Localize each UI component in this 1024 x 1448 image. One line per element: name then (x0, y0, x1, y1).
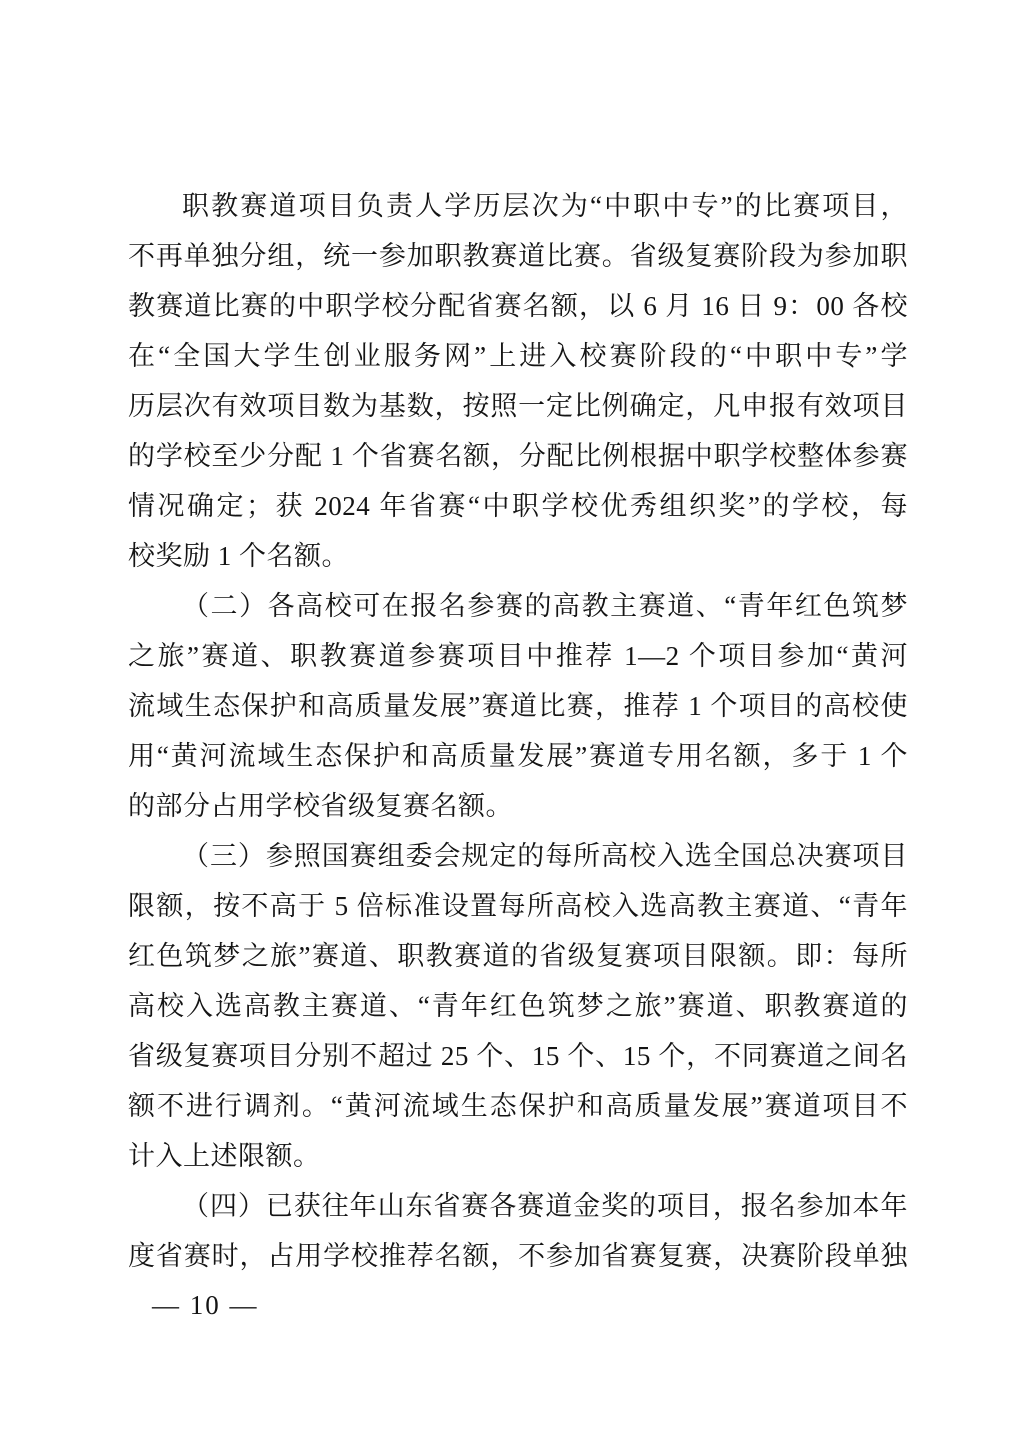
text-line: 省级复赛项目分别不超过 25 个、15 个、15 个，不同赛道之间名 (128, 1031, 908, 1081)
text-line: 职教赛道项目负责人学历层次为“中职中专”的比赛项目， (128, 181, 908, 231)
text-line: （四）已获往年山东省赛各赛道金奖的项目，报名参加本年 (128, 1181, 908, 1231)
text-line: 的部分占用学校省级复赛名额。 (128, 781, 908, 831)
text-line: 不再单独分组，统一参加职教赛道比赛。省级复赛阶段为参加职 (128, 231, 908, 281)
text-line: 的学校至少分配 1 个省赛名额，分配比例根据中职学校整体参赛 (128, 431, 908, 481)
text-line: 用“黄河流域生态保护和高质量发展”赛道专用名额，多于 1 个 (128, 731, 908, 781)
body-text: 职教赛道项目负责人学历层次为“中职中专”的比赛项目， 不再单独分组，统一参加职教… (128, 181, 908, 1281)
text-line: （二）各高校可在报名参赛的高教主赛道、“青年红色筑梦 (128, 581, 908, 631)
document-page: 职教赛道项目负责人学历层次为“中职中专”的比赛项目， 不再单独分组，统一参加职教… (0, 0, 1024, 1448)
text-line: 额不进行调剂。“黄河流域生态保护和高质量发展”赛道项目不 (128, 1081, 908, 1131)
text-line: 度省赛时，占用学校推荐名额，不参加省赛复赛，决赛阶段单独 (128, 1231, 908, 1281)
text-line: 计入上述限额。 (128, 1131, 908, 1181)
text-line: 在“全国大学生创业服务网”上进入校赛阶段的“中职中专”学 (128, 331, 908, 381)
text-line: 红色筑梦之旅”赛道、职教赛道的省级复赛项目限额。即：每所 (128, 931, 908, 981)
text-line: 流域生态保护和高质量发展”赛道比赛，推荐 1 个项目的高校使 (128, 681, 908, 731)
page-number: — 10 — (152, 1288, 259, 1322)
text-line: 限额，按不高于 5 倍标准设置每所高校入选高教主赛道、“青年 (128, 881, 908, 931)
text-line: 校奖励 1 个名额。 (128, 531, 908, 581)
text-line: （三）参照国赛组委会规定的每所高校入选全国总决赛项目 (128, 831, 908, 881)
text-line: 教赛道比赛的中职学校分配省赛名额，以 6 月 16 日 9：00 各校 (128, 281, 908, 331)
text-line: 情况确定；获 2024 年省赛“中职学校优秀组织奖”的学校，每 (128, 481, 908, 531)
text-line: 之旅”赛道、职教赛道参赛项目中推荐 1—2 个项目参加“黄河 (128, 631, 908, 681)
text-line: 历层次有效项目数为基数，按照一定比例确定，凡申报有效项目 (128, 381, 908, 431)
text-line: 高校入选高教主赛道、“青年红色筑梦之旅”赛道、职教赛道的 (128, 981, 908, 1031)
